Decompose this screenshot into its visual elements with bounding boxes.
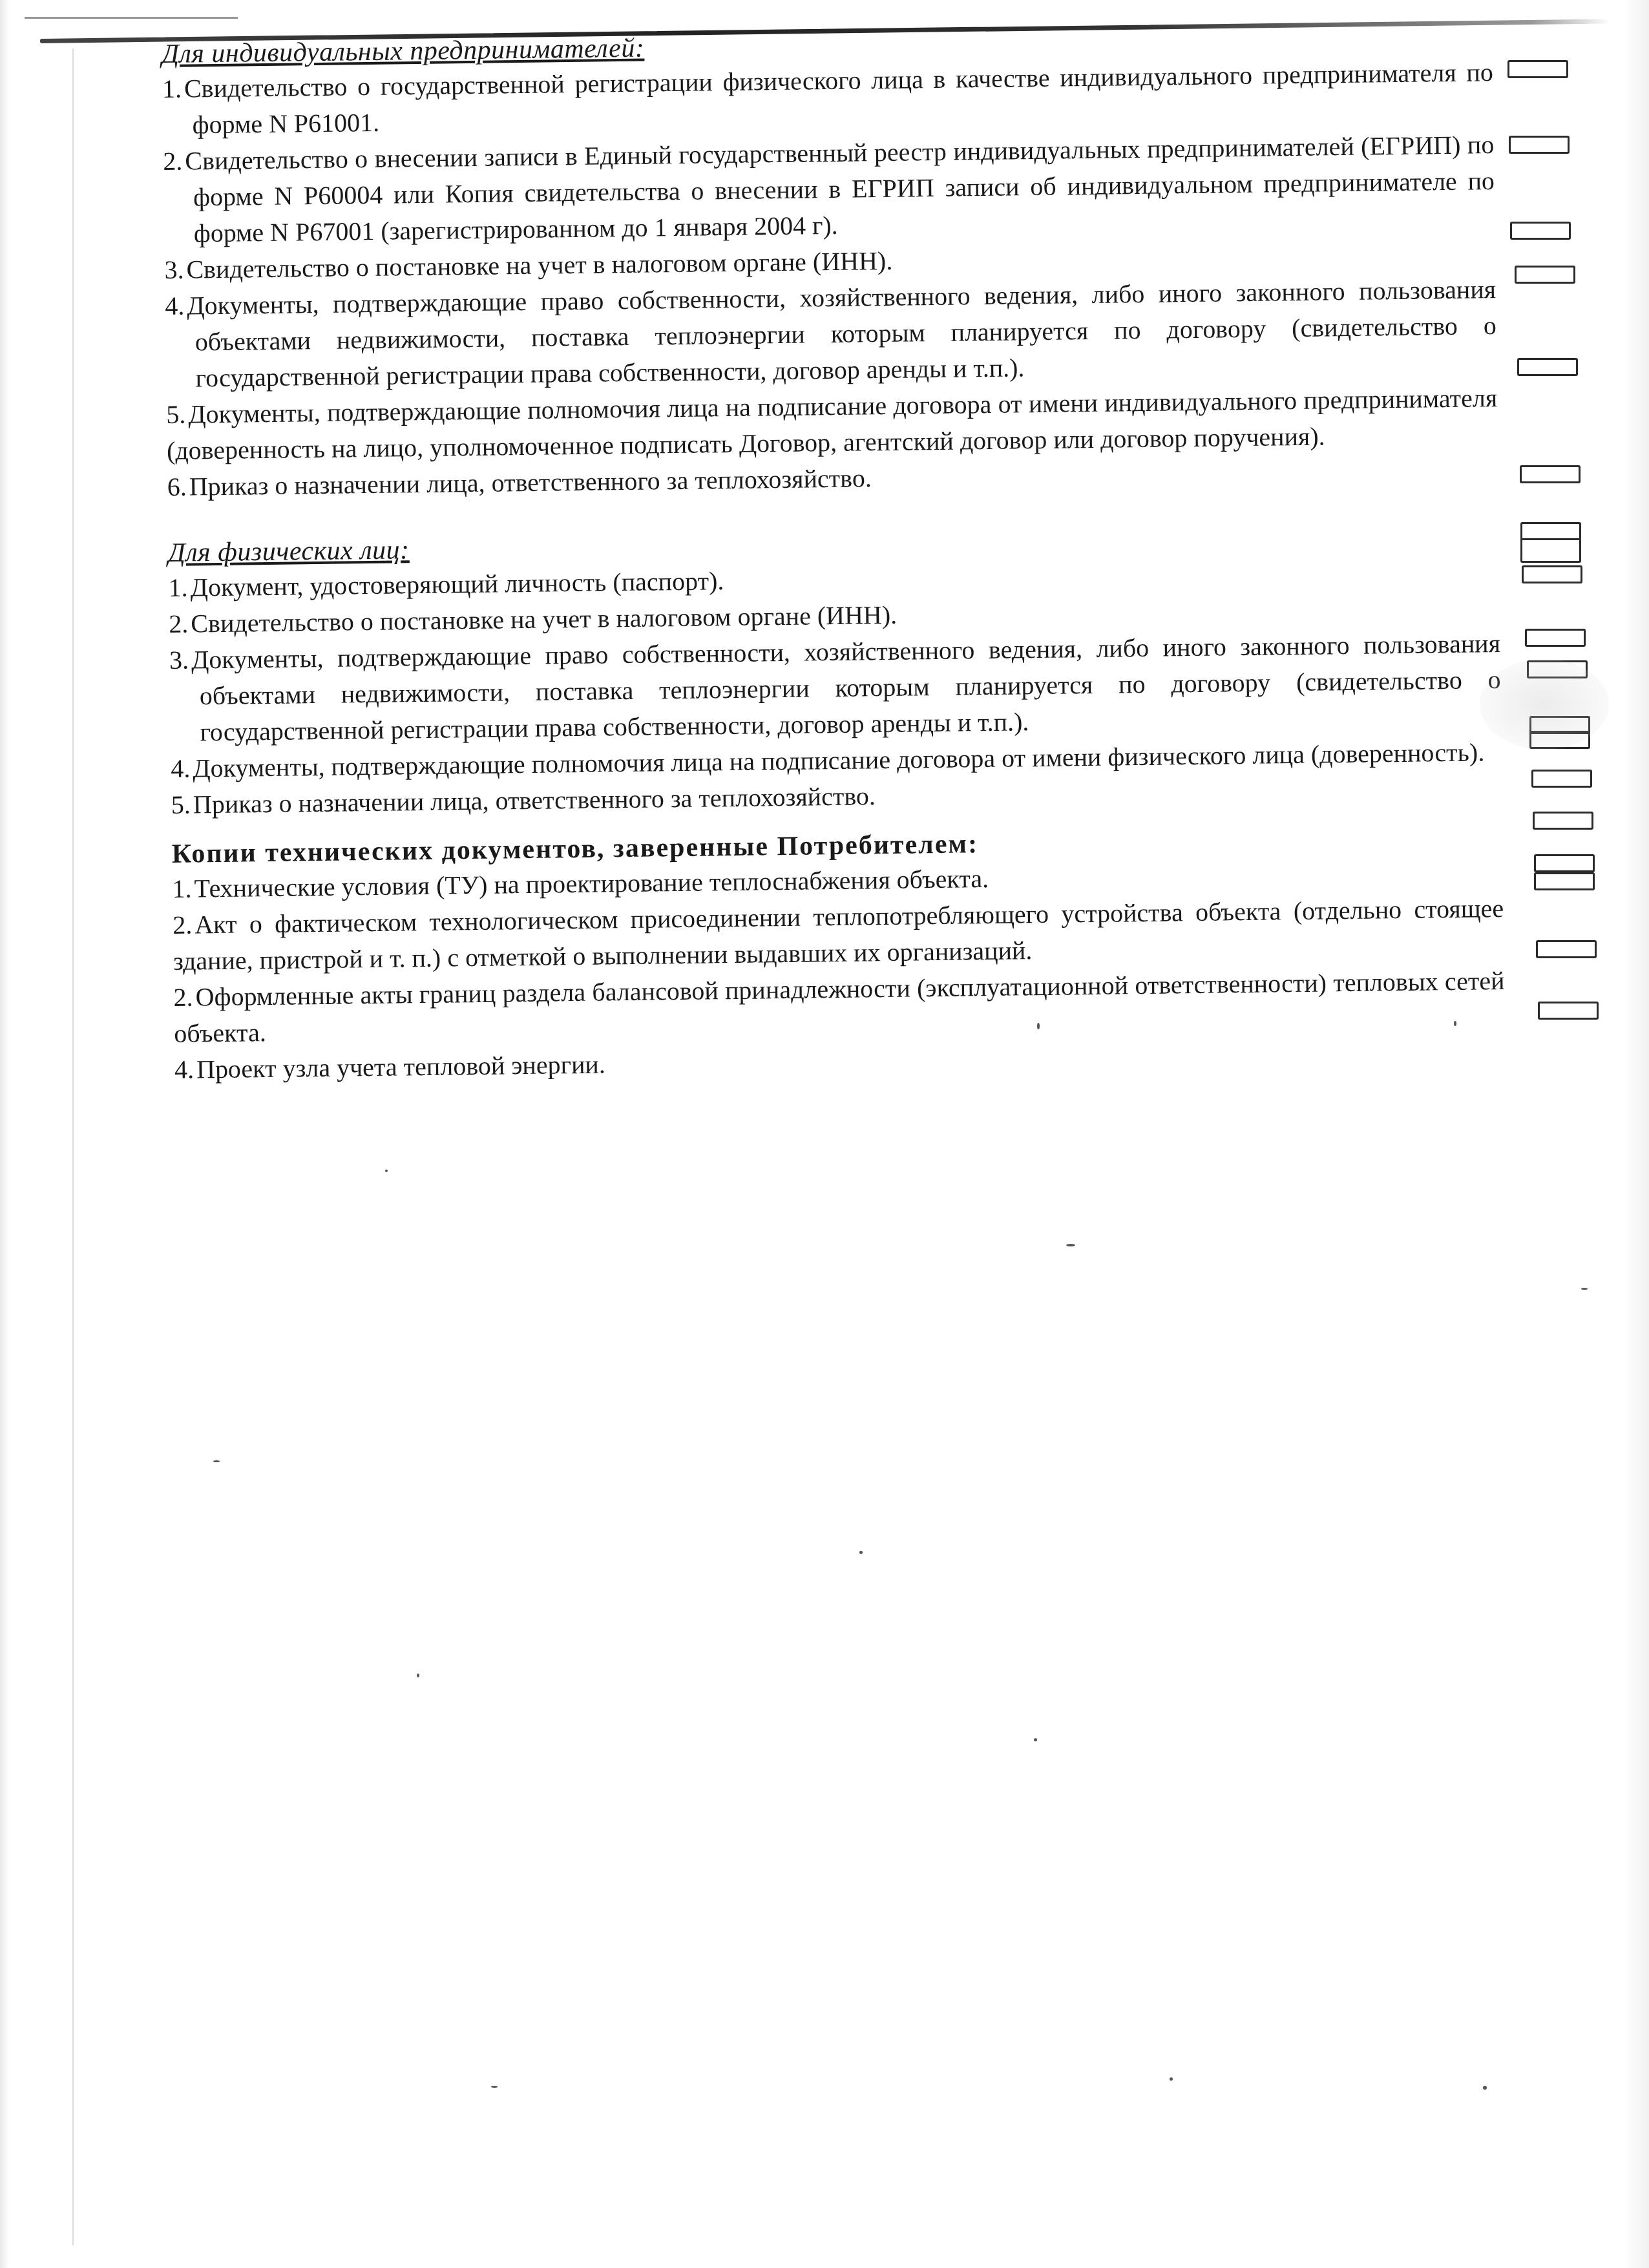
item-text: Свидетельство о постановке на учет в нал… — [191, 600, 897, 638]
checkbox[interactable] — [1517, 358, 1578, 376]
item-number: 2. — [169, 609, 191, 638]
list-item: 4.Документы, подтверждающие право собств… — [165, 271, 1497, 397]
item-text: Документ, удостоверяющий личность (паспо… — [190, 566, 724, 602]
checkbox[interactable] — [1534, 854, 1595, 872]
item-number: 1. — [168, 573, 191, 602]
scan-speck — [1581, 1288, 1588, 1290]
item-text: Документы, подтверждающие право собствен… — [191, 629, 1501, 746]
section-individual-entrepreneurs: Для индивидуальных предпринимателей: 1.С… — [162, 21, 1498, 505]
item-number: 3. — [169, 645, 192, 674]
checkbox[interactable] — [1533, 812, 1593, 830]
scan-speck — [1483, 2086, 1487, 2090]
item-number: 2. — [163, 147, 185, 176]
scan-speck — [213, 1460, 220, 1462]
item-text: Оформленные акты границ раздела балансов… — [174, 966, 1505, 1048]
document-body: Для индивидуальных предпринимателей: 1.С… — [162, 21, 1506, 1102]
checkbox[interactable] — [1536, 940, 1597, 958]
list-item: 3.Документы, подтверждающие право собств… — [169, 625, 1502, 751]
item-number: 2. — [173, 982, 196, 1011]
section-individuals: Для физических лиц: 1.Документ, удостове… — [168, 520, 1502, 823]
scan-artifact-line — [25, 17, 238, 19]
checkbox[interactable] — [1538, 1002, 1599, 1020]
list-item: 2.Свидетельство о внесении записи в Един… — [163, 127, 1495, 252]
item-number: 5. — [166, 400, 189, 429]
item-text: Свидетельство о государственной регистра… — [184, 58, 1493, 139]
item-text: Приказ о назначении лица, ответственного… — [189, 463, 872, 501]
section-technical-documents: Копии технических документов, заверенные… — [172, 821, 1506, 1088]
item-number: 6. — [167, 472, 189, 501]
checkbox[interactable] — [1520, 522, 1581, 540]
item-text: Проект узла учета тепловой энергии. — [196, 1049, 605, 1084]
item-text: Документы, подтверждающие право собствен… — [187, 275, 1497, 392]
checkbox[interactable] — [1531, 770, 1592, 788]
scan-speck — [1170, 2077, 1173, 2081]
item-number: 1. — [172, 874, 194, 903]
page-margin-line — [72, 48, 74, 2245]
item-text: Документы, подтверждающие полномочия лиц… — [167, 383, 1498, 465]
checkbox[interactable] — [1510, 222, 1571, 240]
item-number: 5. — [171, 790, 194, 819]
scan-speck — [1034, 1738, 1037, 1741]
item-text: Технические условия (ТУ) на проектирован… — [194, 864, 989, 903]
item-text: Свидетельство о внесении записи в Единый… — [185, 130, 1495, 247]
scan-speck — [859, 1551, 863, 1554]
item-number: 3. — [164, 255, 187, 284]
scan-speck — [417, 1674, 419, 1677]
scan-speck — [1037, 1023, 1040, 1029]
scan-speck — [385, 1170, 388, 1172]
item-number: 4. — [171, 753, 193, 782]
item-number: 4. — [174, 1055, 197, 1084]
checkbox[interactable] — [1520, 465, 1581, 483]
checkbox[interactable] — [1525, 629, 1586, 647]
item-text: Свидетельство о постановке на учет в нал… — [186, 246, 892, 284]
checkbox[interactable] — [1534, 872, 1595, 890]
checkbox[interactable] — [1520, 538, 1581, 563]
scan-edge-right — [1623, 0, 1649, 2268]
checkbox[interactable] — [1509, 136, 1570, 154]
item-text: Акт о фактическом технологическом присое… — [173, 894, 1504, 976]
item-text: Приказ о назначении лица, ответственного… — [193, 781, 876, 819]
checkbox[interactable] — [1507, 60, 1568, 78]
scan-speck — [1454, 1021, 1456, 1026]
scan-smudge — [1480, 659, 1609, 750]
item-number: 2. — [173, 910, 195, 939]
scan-speck — [1066, 1244, 1075, 1246]
scan-edge-left — [0, 0, 9, 2268]
item-number: 4. — [165, 291, 187, 320]
scan-speck — [491, 2086, 498, 2088]
checkbox[interactable] — [1515, 266, 1575, 284]
checkbox[interactable] — [1522, 565, 1582, 583]
item-number: 1. — [162, 74, 185, 103]
